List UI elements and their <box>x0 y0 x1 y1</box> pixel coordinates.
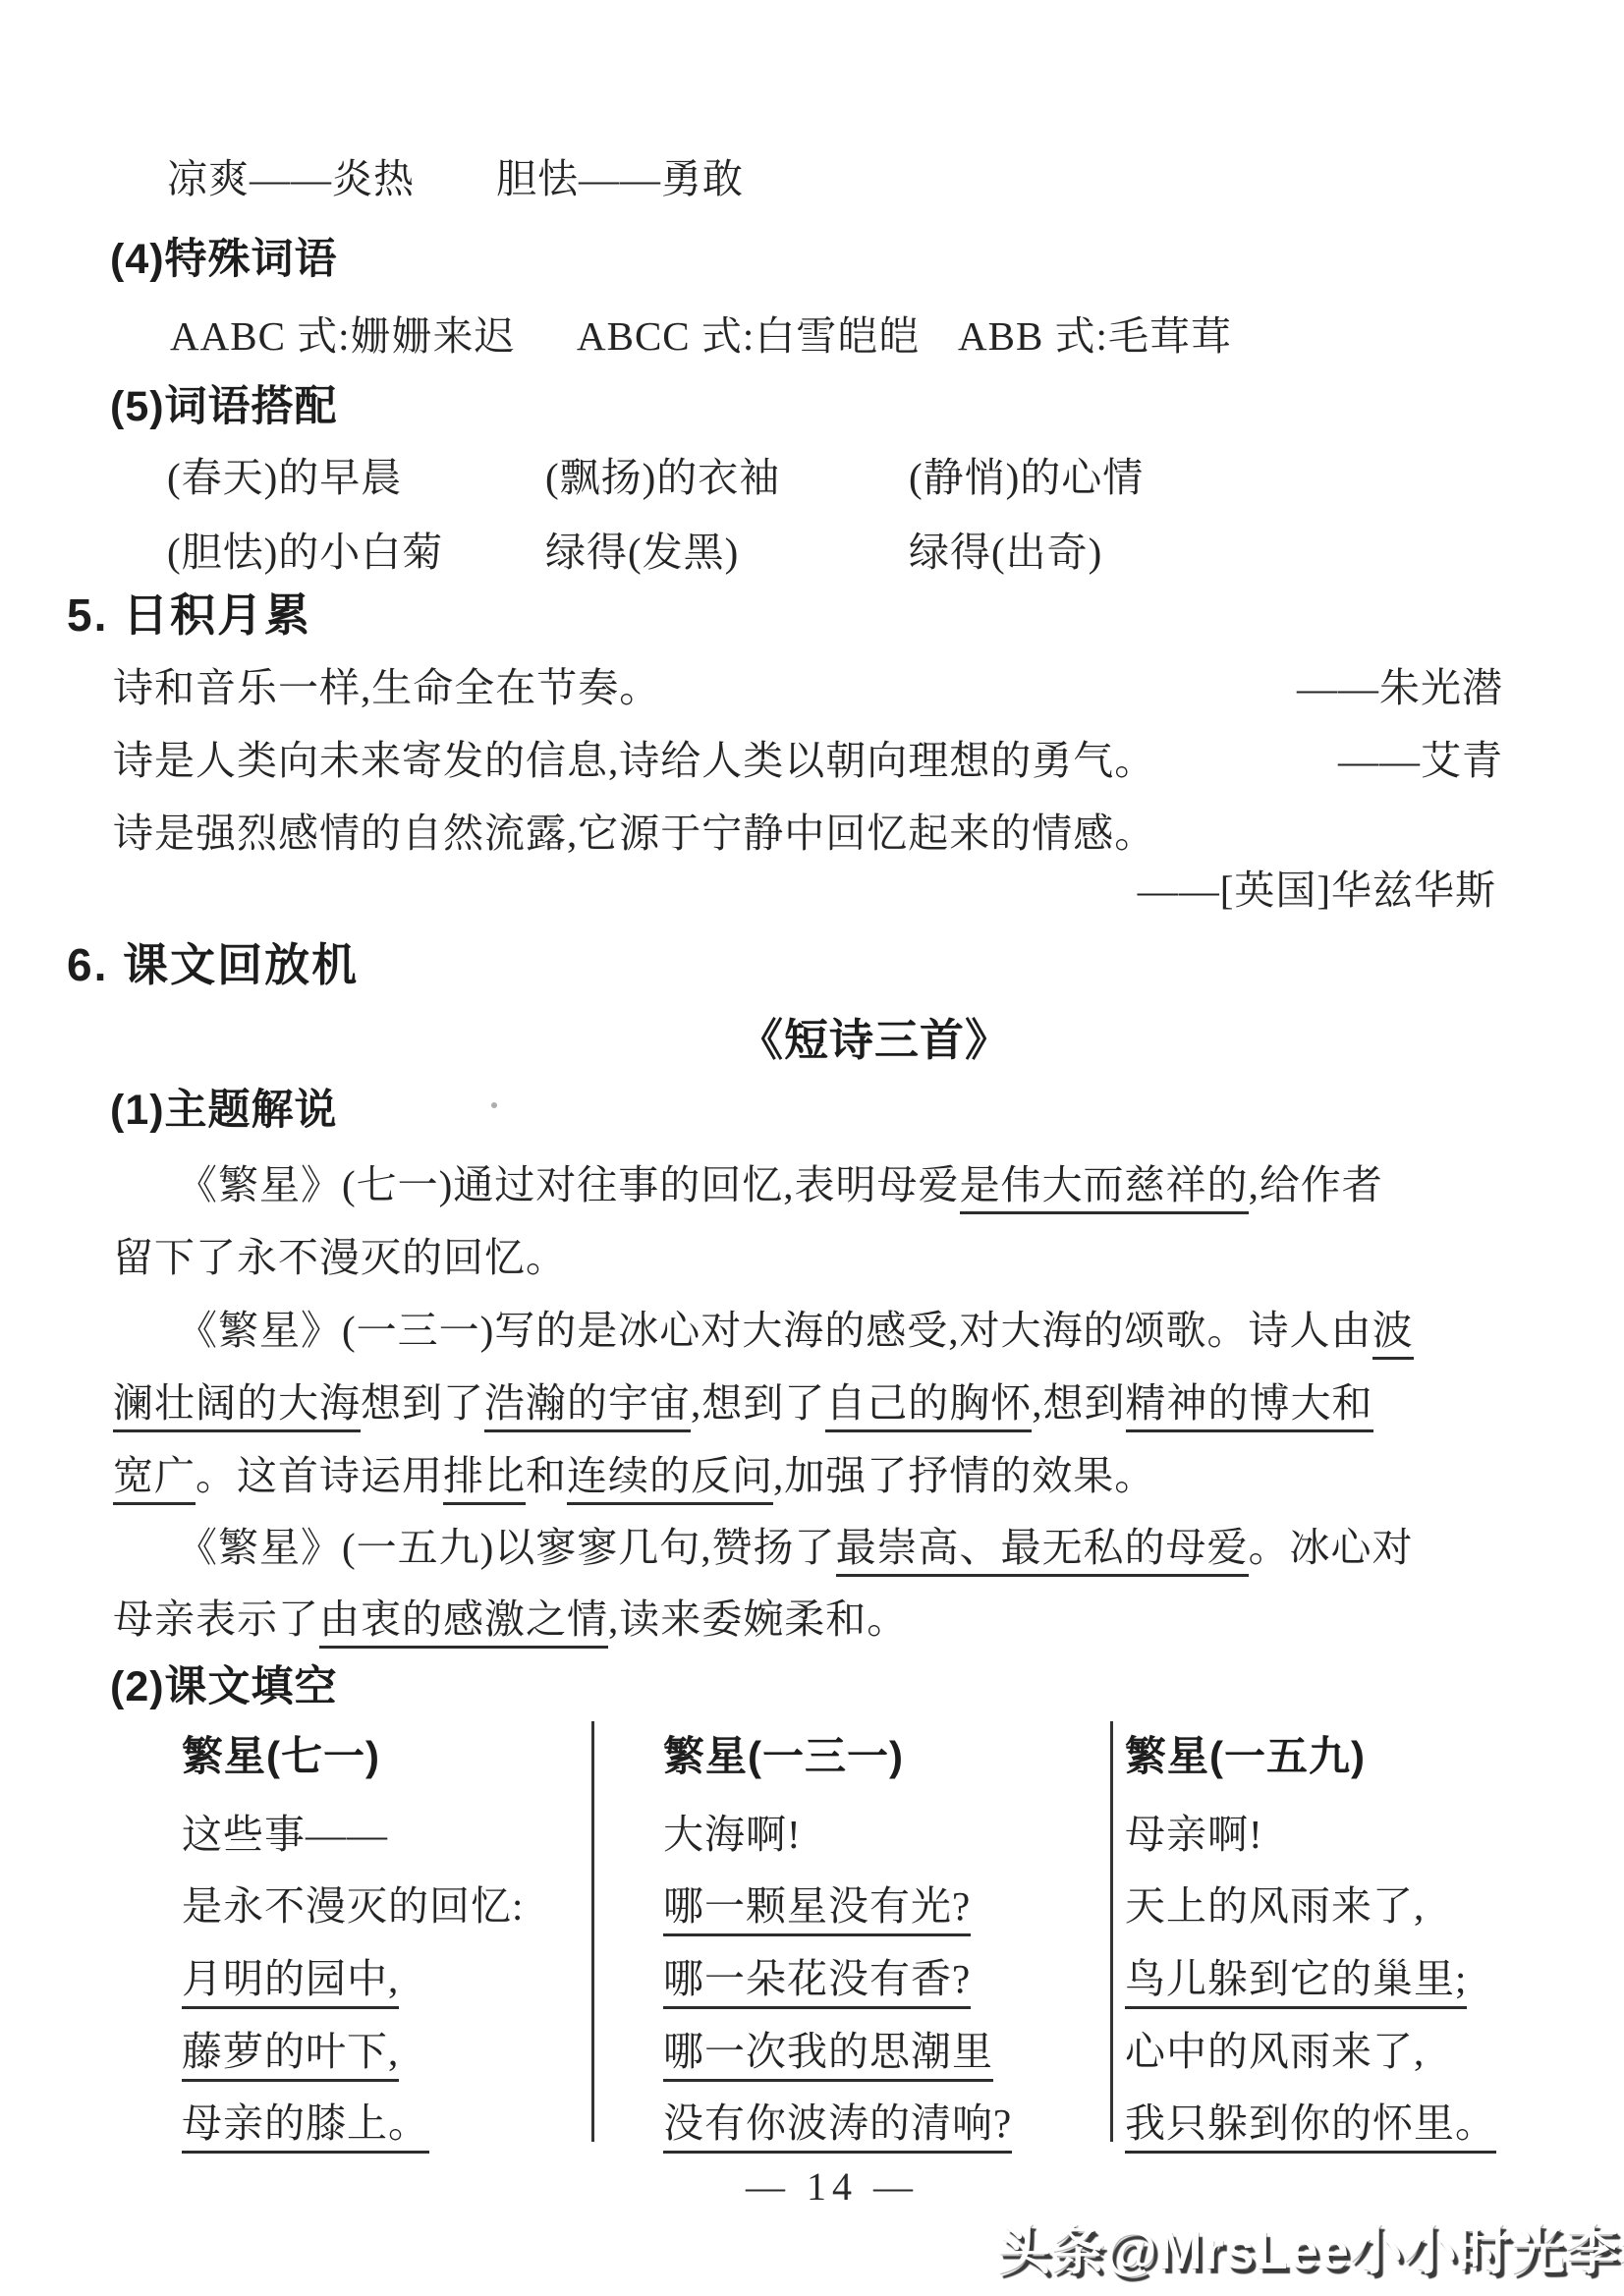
theme-line-4-seg-3: 浩瀚的宇宙 <box>484 1380 691 1432</box>
theme-line-4: 澜壮阔的大海想到了浩瀚的宇宙,想到了自己的胸怀,想到精神的博大和 <box>113 1379 1373 1427</box>
collocation-r1c1: (春天)的早晨 <box>167 454 402 501</box>
theme-line-4-seg-7: 精神的博大和 <box>1126 1380 1373 1432</box>
theme-line-6-seg-3: 。冰心对 <box>1249 1525 1414 1570</box>
theme-line-6-seg-2: 最崇高、最无私的母爱 <box>836 1525 1249 1577</box>
special-word-aabc: AABC 式:姗姗来迟 <box>170 312 516 360</box>
quote-3-author: ——[英国]华兹华斯 <box>1138 867 1496 914</box>
special-words-label: (4)特殊词语 <box>110 236 338 284</box>
theme-line-2-seg-1: 留下了永不漫灭的回忆。 <box>113 1235 567 1280</box>
theme-line-4-seg-4: ,想到了 <box>691 1380 825 1426</box>
antonym-pair-2: 胆怯——勇敢 <box>496 155 744 202</box>
theme-line-7-seg-3: ,读来委婉柔和。 <box>608 1596 908 1642</box>
collocations-label: (5)词语搭配 <box>110 383 338 431</box>
collocation-r1c3: (静悄)的心情 <box>909 454 1144 501</box>
poem-col3-line-2: 天上的风雨来了, <box>1125 1882 1425 1930</box>
poem-col3-line-1: 母亲啊! <box>1125 1811 1263 1858</box>
scan-speck-artifact <box>491 1102 497 1108</box>
theme-line-6-seg-1: 《繁星》(一五九)以寥寥几句,赞扬了 <box>177 1525 836 1570</box>
theme-line-5-seg-5: 连续的反问 <box>567 1453 773 1505</box>
collocation-r2c2: 绿得(发黑) <box>545 529 739 576</box>
theme-line-3-seg-2: 波 <box>1372 1308 1414 1360</box>
quote-1-author: ——朱光潜 <box>1297 664 1503 711</box>
table-divider-2 <box>1110 1721 1113 2142</box>
poem-col2-line-2: 哪一颗星没有光? <box>663 1882 971 1936</box>
poem-col1-line-5: 母亲的膝上。 <box>182 2100 429 2154</box>
poem-title: 《短诗三首》 <box>739 1015 1010 1066</box>
poem-col2-line-1: 大海啊! <box>663 1811 802 1858</box>
theme-line-5-seg-1: 宽广 <box>113 1453 196 1505</box>
antonym-pair-1: 凉爽——炎热 <box>167 155 415 202</box>
poem-col2-line-5: 没有你波涛的清响? <box>663 2100 1012 2154</box>
poem-col1-header: 繁星(七一) <box>182 1733 380 1780</box>
theme-line-5: 宽广。这首诗运用排比和连续的反问,加强了抒情的效果。 <box>113 1452 1155 1499</box>
quote-3-text: 诗是强烈感情的自然流露,它源于宁静中回忆起来的情感。 <box>113 810 1155 857</box>
theme-line-2: 留下了永不漫灭的回忆。 <box>113 1234 567 1281</box>
replay-title: 6. 课文回放机 <box>67 939 359 991</box>
theme-line-1-seg-3: ,给作者 <box>1249 1162 1383 1207</box>
poem-col1-line-4: 藤萝的叶下, <box>182 2028 399 2082</box>
special-word-abb: ABB 式:毛茸茸 <box>958 312 1232 360</box>
worksheet-page: 凉爽——炎热 胆怯——勇敢 (4)特殊词语 AABC 式:姗姗来迟 ABCC 式… <box>0 0 1624 2296</box>
theme-line-5-seg-2: 。这首诗运用 <box>196 1453 443 1498</box>
theme-line-1-seg-2: 是伟大而慈祥的 <box>960 1162 1249 1214</box>
table-divider-1 <box>591 1721 594 2142</box>
theme-line-4-seg-2: 想到了 <box>361 1380 484 1426</box>
poem-col1-line-3: 月明的园中, <box>182 1955 399 2009</box>
collocation-r1c2: (飘扬)的衣袖 <box>545 454 780 501</box>
poem-col3-line-3: 鸟儿躲到它的巢里; <box>1125 1955 1467 2009</box>
quote-2-text: 诗是人类向未来寄发的信息,诗给人类以朝向理想的勇气。 <box>113 737 1155 784</box>
theme-line-5-seg-3: 排比 <box>443 1453 526 1505</box>
poem-col1-line-1: 这些事—— <box>182 1811 388 1858</box>
quote-1-text: 诗和音乐一样,生命全在节奏。 <box>113 664 660 711</box>
theme-line-7-seg-2: 由衷的感激之情 <box>319 1596 608 1649</box>
poem-col1-line-2: 是永不漫灭的回忆: <box>182 1882 524 1930</box>
poem-col2-header: 繁星(一三一) <box>663 1733 904 1780</box>
poem-col3-line-4: 心中的风雨来了, <box>1125 2028 1425 2075</box>
theme-line-5-seg-4: 和 <box>526 1453 567 1498</box>
page-number: — 14 — <box>746 2163 919 2210</box>
theme-line-3-seg-1: 《繁星》(一三一)写的是冰心对大海的感受,对大海的颂歌。诗人由 <box>177 1308 1372 1353</box>
collocation-r2c1: (胆怯)的小白菊 <box>167 529 443 576</box>
theme-line-7-seg-1: 母亲表示了 <box>113 1596 319 1642</box>
poem-col3-line-5: 我只躲到你的怀里。 <box>1125 2100 1496 2154</box>
special-word-abcc: ABCC 式:白雪皑皑 <box>577 312 920 360</box>
accumulation-title: 5. 日积月累 <box>67 589 311 642</box>
quote-2-author: ——艾青 <box>1338 737 1503 784</box>
theme-label: (1)主题解说 <box>110 1087 338 1135</box>
watermark-text: 头条@MrsLee小小时光李老师 <box>997 2209 1624 2284</box>
poem-col3-header: 繁星(一五九) <box>1125 1733 1366 1780</box>
theme-line-5-seg-6: ,加强了抒情的效果。 <box>773 1453 1155 1498</box>
theme-line-3: 《繁星》(一三一)写的是冰心对大海的感受,对大海的颂歌。诗人由波 <box>177 1307 1414 1354</box>
theme-line-7: 母亲表示了由衷的感激之情,读来委婉柔和。 <box>113 1596 908 1643</box>
fill-label: (2)课文填空 <box>110 1663 338 1711</box>
theme-line-4-seg-6: ,想到 <box>1032 1380 1125 1426</box>
theme-line-1: 《繁星》(七一)通过对往事的回忆,表明母爱是伟大而慈祥的,给作者 <box>177 1161 1383 1208</box>
theme-line-4-seg-5: 自己的胸怀 <box>825 1380 1032 1432</box>
collocation-r2c3: 绿得(出奇) <box>909 529 1102 576</box>
poem-col2-line-3: 哪一朵花没有香? <box>663 1955 971 2009</box>
theme-line-1-seg-1: 《繁星》(七一)通过对往事的回忆,表明母爱 <box>177 1162 960 1207</box>
poem-col2-line-4: 哪一次我的思潮里 <box>663 2028 993 2082</box>
theme-line-6: 《繁星》(一五九)以寥寥几句,赞扬了最崇高、最无私的母爱。冰心对 <box>177 1524 1414 1571</box>
theme-line-4-seg-1: 澜壮阔的大海 <box>113 1380 361 1432</box>
